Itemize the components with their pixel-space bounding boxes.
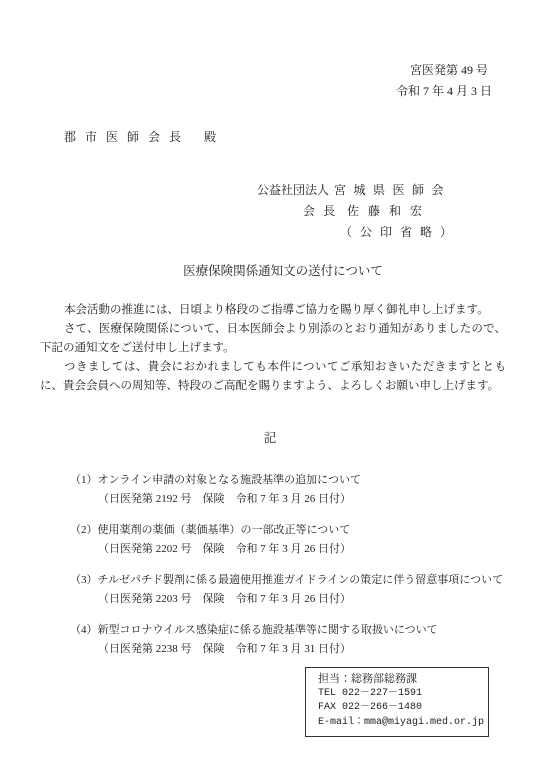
seal-omitted-note: （公印省略） (340, 223, 460, 240)
recipient-line: 郡市医師会長殿 (64, 128, 216, 145)
notice-item-1: （1）オンライン申請の対象となる施設基準の追加について （日医発第 2192 号… (70, 471, 522, 509)
notice-item-4: （4）新型コロナウイルス感染症に係る施設基準等に関する取扱いについて （日医発第… (70, 621, 522, 659)
paragraph-greeting: 本会活動の推進には、日頃より格段のご指導ご協力を賜り厚く御礼申し上げます。 (40, 301, 506, 320)
recipient-honorific: 殿 (204, 130, 216, 144)
notice-item-reference: （日医発第 2203 号 保険 令和 7 年 3 月 26 日付） (70, 590, 522, 609)
notice-item-2: （2）使用薬剤の薬価（薬価基準）の一部改正等について （日医発第 2202 号 … (70, 521, 522, 559)
sender-president-title: 会長 (303, 204, 343, 218)
body-paragraphs: 本会活動の推進には、日頃より格段のご指導ご協力を賜り厚く御礼申し上げます。 さて… (40, 301, 506, 396)
paragraph-notice: さて、医療保険関係について、日本医師会より別添のとおり通知がありましたので、下記… (40, 320, 506, 358)
contact-fax: FAX 022－266－1480 (318, 701, 482, 716)
notice-item-3: （3）チルゼパチド製剤に係る最適使用推進ガイドラインの策定に伴う留意事項について… (70, 571, 522, 609)
sender-organization: 公益社団法人宮城県医師会 (257, 181, 451, 198)
document-page: 宮医発第 49 号 令和 7 年 4 月 3 日 郡市医師会長殿 公益社団法人宮… (0, 0, 540, 763)
recipient-name: 郡市医師会長 (64, 130, 190, 144)
paragraph-request: つきましては、貴会におかれましても本件についてご承知おきいただきますとともに、貴… (40, 358, 506, 396)
sender-org-name: 宮城県医師会 (334, 183, 451, 197)
notice-item-title: （3）チルゼパチド製剤に係る最適使用推進ガイドラインの策定に伴う留意事項について (70, 571, 522, 590)
doc-number: 宮医発第 49 号 (410, 61, 488, 78)
document-title: 医療保険関係通知文の送付について (0, 261, 540, 279)
notice-item-reference: （日医発第 2192 号 保険 令和 7 年 3 月 26 日付） (70, 490, 522, 509)
list-header-ki: 記 (0, 428, 540, 446)
sender-president: 会長佐藤和宏 (303, 202, 431, 219)
doc-date: 令和 7 年 4 月 3 日 (396, 82, 492, 99)
contact-tel: TEL 022－227－1591 (318, 687, 482, 702)
sender-org-prefix: 公益社団法人 (257, 183, 329, 197)
contact-email: E-mail：mma@miyagi.med.or.jp (318, 716, 482, 731)
contact-department: 担当：総務部総務課 (318, 672, 482, 687)
notice-item-title: （2）使用薬剤の薬価（薬価基準）の一部改正等について (70, 521, 522, 540)
notice-list: （1）オンライン申請の対象となる施設基準の追加について （日医発第 2192 号… (70, 471, 522, 671)
notice-item-reference: （日医発第 2202 号 保険 令和 7 年 3 月 26 日付） (70, 540, 522, 559)
sender-president-name: 佐藤和宏 (347, 204, 431, 218)
notice-item-reference: （日医発第 2238 号 保険 令和 7 年 3 月 31 日付） (70, 640, 522, 659)
notice-item-title: （1）オンライン申請の対象となる施設基準の追加について (70, 471, 522, 490)
notice-item-title: （4）新型コロナウイルス感染症に係る施設基準等に関する取扱いについて (70, 621, 522, 640)
contact-box: 担当：総務部総務課 TEL 022－227－1591 FAX 022－266－1… (305, 667, 489, 737)
